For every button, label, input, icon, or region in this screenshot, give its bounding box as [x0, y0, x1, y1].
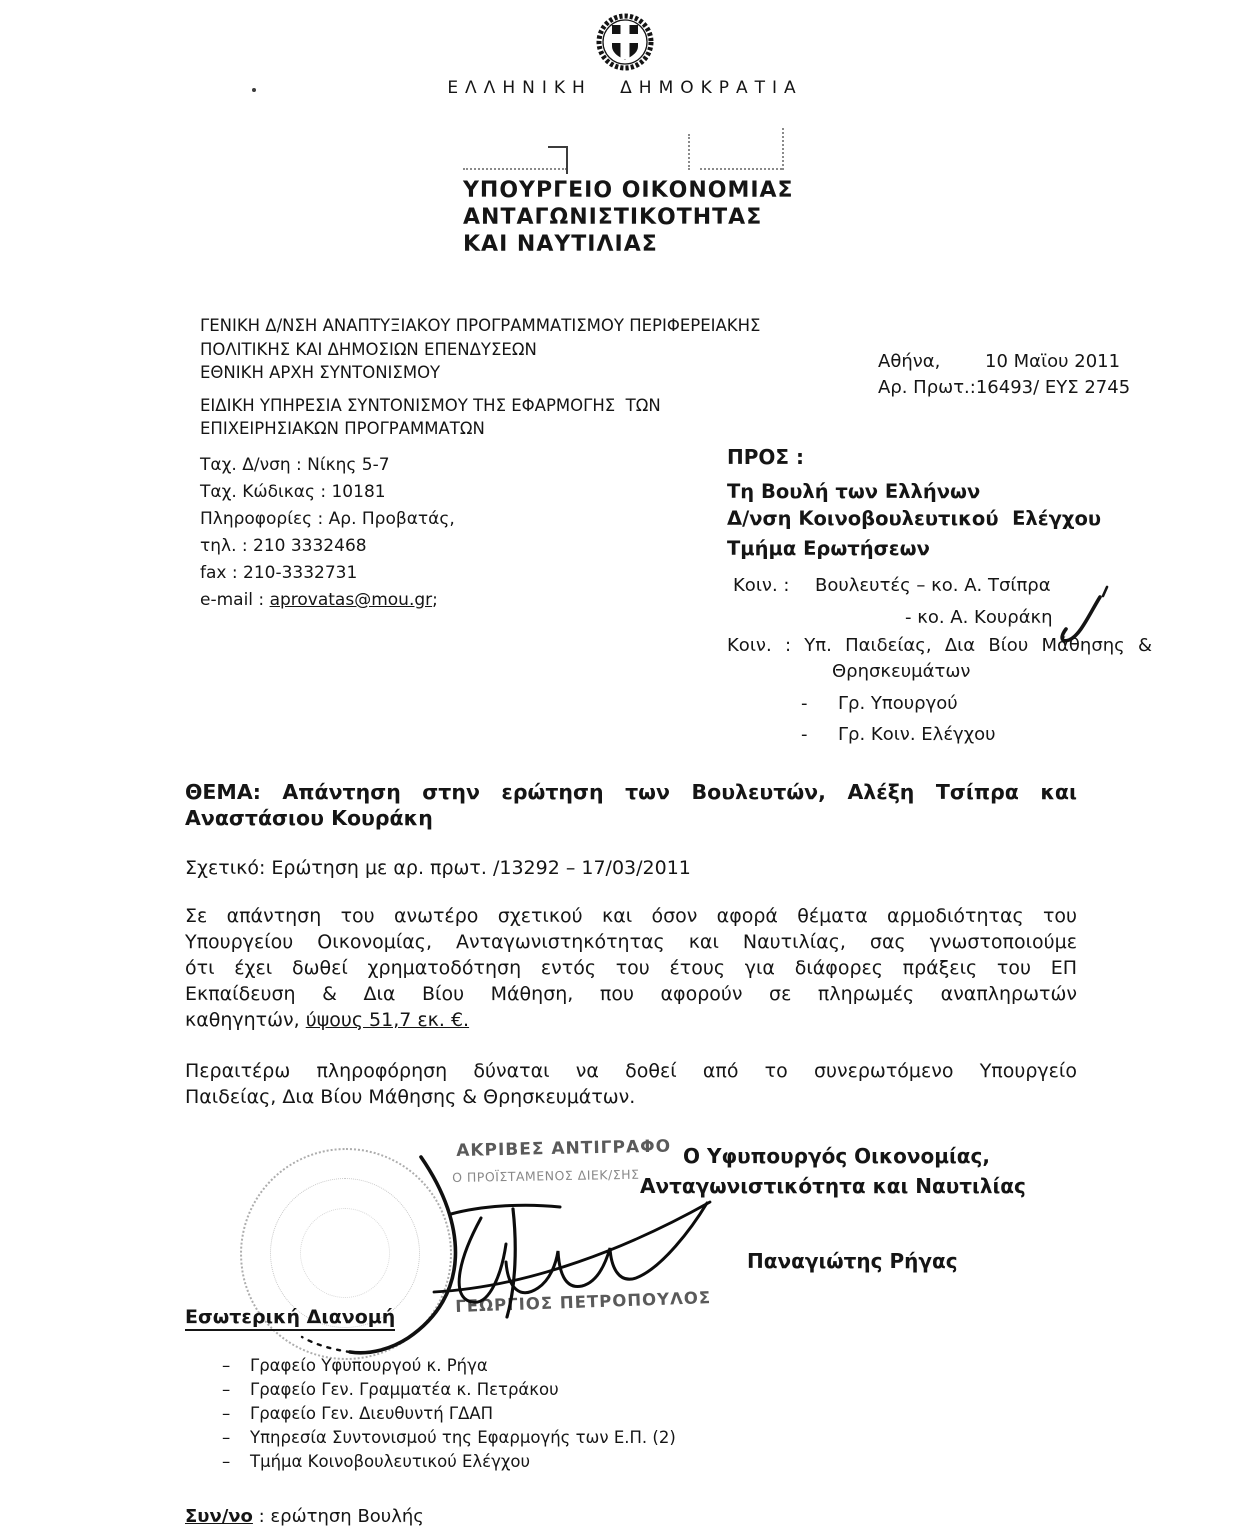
dateline-date: 10 Μαϊου 2011: [985, 351, 1120, 372]
body-p1-line4: Εκπαίδευση & Δια Βίου Μάθηση, που αφορού…: [185, 981, 1077, 1007]
signer-title-line2: Ανταγωνιστικότητα και Ναυτιλίας: [640, 1174, 1026, 1198]
recipient-line2: Δ/νση Κοινοβουλευτικού Ελέγχου: [727, 507, 1101, 530]
contact-fax: fax : 210-3332731: [200, 560, 455, 587]
subject-line1: ΘΕΜΑ: Απάντηση στην ερώτηση των Βουλευτώ…: [185, 779, 1077, 805]
cc1-line2: - κο. Α. Κουράκη: [905, 607, 1053, 628]
funding-amount-underlined: ύψους 51,7 εκ. €.: [306, 1009, 469, 1031]
distribution-item4-dash: –: [222, 1428, 230, 1447]
contact-information: Πληροφορίες : Αρ. Προβατάς,: [200, 506, 455, 533]
reference-line: Σχετικό: Ερώτηση με αρ. πρωτ. /13292 – 1…: [185, 855, 691, 881]
contact-block: Ταχ. Δ/νση : Νίκης 5-7 Ταχ. Κώδικας : 10…: [200, 452, 455, 614]
distribution-item3: Γραφείο Γεν. Διευθυντή ΓΔΑΠ: [250, 1404, 493, 1423]
cc1-label: Κοιν. :: [733, 575, 789, 596]
body-p2-line1: Περαιτέρω πληροφόρηση δύναται να δοθεί α…: [185, 1058, 1077, 1084]
cc1-line1: Βουλευτές – κο. Α. Τσίπρα: [815, 575, 1051, 596]
protocol-number: Αρ. Πρωτ.:16493/ ΕΥΣ 2745: [878, 377, 1130, 398]
body-p1-line1: Σε απάντηση του ανωτέρο σχετικού και όσο…: [185, 903, 1077, 929]
body-p1-line3: ότι έχει δωθεί χρηματοδότηση εντός του έ…: [185, 955, 1077, 981]
contact-postal-code: Ταχ. Κώδικας : 10181: [200, 479, 455, 506]
ministry-title-line3: ΚΑΙ ΝΑΥΤΙΛΙΑΣ: [463, 231, 794, 258]
subject-block: ΘΕΜΑ: Απάντηση στην ερώτηση των Βουλευτώ…: [185, 779, 1077, 831]
agency-line4: ΕΙΔΙΚΗ ΥΠΗΡΕΣΙΑ ΣΥΝΤΟΝΙΣΜΟΥ ΤΗΣ ΕΦΑΡΜΟΓΗ…: [200, 394, 760, 418]
cc2-item1-dash: -: [801, 693, 808, 714]
recipient-line3: Τμήμα Ερωτήσεων: [727, 537, 930, 560]
contact-email-label: e-mail :: [200, 590, 270, 610]
distribution-item1: Γραφείο Υφυπουργού κ. Ρήγα: [250, 1356, 488, 1375]
cc2-line2: Θρησκευμάτων: [832, 661, 970, 682]
head-of-directorate-stamp-text: Ο ΠΡΟΪΣΤΑΜΕΝΟΣ ΔΙΕΚ/ΣΗΣ: [452, 1167, 640, 1185]
ministry-title-line2: ΑΝΤΑΓΩΝΙΣΤΙΚΟΤΗΤΑΣ: [463, 204, 794, 231]
distribution-item5-dash: –: [222, 1452, 230, 1471]
distribution-item5: Τμήμα Κοινοβουλευτικού Ελέγχου: [250, 1452, 530, 1471]
distribution-item3-dash: –: [222, 1404, 230, 1423]
distribution-item2: Γραφείο Γεν. Γραμματέα κ. Πετράκου: [250, 1380, 559, 1399]
scan-smudge-right-a: [688, 134, 692, 170]
contact-address: Ταχ. Δ/νση : Νίκης 5-7: [200, 452, 455, 479]
scan-speck: [252, 88, 256, 92]
scan-smudge-right-b: [700, 150, 782, 170]
recipient-line1: Τη Βουλή των Ελλήνων: [727, 480, 980, 503]
to-label: ΠΡΟΣ :: [727, 445, 804, 469]
agency-line1: ΓΕΝΙΚΗ Δ/ΝΣΗ ΑΝΑΠΤΥΞΙΑΚΟΥ ΠΡΟΓΡΑΜΜΑΤΙΣΜΟ…: [200, 314, 760, 338]
scan-smudge-right-c: [782, 128, 786, 170]
attachment-text: : ερώτηση Βουλής: [253, 1506, 424, 1527]
internal-distribution-heading: Εσωτερική Διανομή: [185, 1306, 395, 1331]
certifier-name-stamp-text: ΓΕΩΡΓΙΟΣ ΠΕΤΡΟΠΟΥΛΟΣ: [455, 1288, 711, 1316]
handwritten-checkmark-icon: [1062, 587, 1107, 641]
body-p2-line2: Παιδείας, Δια Βίου Μάθησης & Θρησκευμάτω…: [185, 1084, 1077, 1110]
body-paragraph-2: Περαιτέρω πληροφόρηση δύναται να δοθεί α…: [185, 1058, 1077, 1110]
body-p1-line5: καθηγητών, ύψους 51,7 εκ. €.: [185, 1007, 1077, 1033]
ministry-title: ΥΠΟΥΡΓΕΙΟ ΟΙΚΟΝΟΜΙΑΣ ΑΝΤΑΓΩΝΙΣΤΙΚΟΤΗΤΑΣ …: [463, 177, 794, 258]
greek-national-emblem-icon: [586, 10, 664, 78]
cc2-item2: Γρ. Κοιν. Ελέγχου: [838, 724, 996, 745]
contact-phone: τηλ. : 210 3332468: [200, 533, 455, 560]
signer-title-line1: Ο Υφυπουργός Οικονομίας,: [683, 1144, 990, 1168]
agency-line5: ΕΠΙΧΕΙΡΗΣΙΑΚΩΝ ΠΡΟΓΡΑΜΜΑΤΩΝ: [200, 417, 760, 441]
dateline-city: Αθήνα,: [878, 351, 940, 372]
distribution-item4: Υπηρεσία Συντονισμού της Εφαρμογής των Ε…: [250, 1428, 676, 1447]
contact-email-line: e-mail : aprovatas@mou.gr;: [200, 587, 455, 614]
scan-smudge-bracket: [548, 146, 568, 174]
cc2-line1: Κοιν. : Υπ. Παιδείας, Δια Βίου Μάθησης &: [727, 635, 1152, 656]
round-stamp-core: [300, 1208, 390, 1298]
cc2-item2-dash: -: [801, 724, 808, 745]
attachment-line: Συν/νο : ερώτηση Βουλής: [185, 1506, 424, 1527]
subject-line2: Αναστάσιου Κουράκη: [185, 805, 1077, 831]
body-p1-line5-plain: καθηγητών,: [185, 1009, 306, 1031]
body-p1-line2: Υπουργείου Οικονομίας, Ανταγωνιστηκότητα…: [185, 929, 1077, 955]
ministry-title-line1: ΥΠΟΥΡΓΕΙΟ ΟΙΚΟΝΟΜΙΑΣ: [463, 177, 794, 204]
distribution-item2-dash: –: [222, 1380, 230, 1399]
scanned-letter-page: ΕΛΛΗΝΙΚΗ ΔΗΜΟΚΡΑΤΙΑ ΥΠΟΥΡΓΕΙΟ ΟΙΚΟΝΟΜΙΑΣ…: [0, 0, 1253, 1540]
republic-title: ΕΛΛΗΝΙΚΗ ΔΗΜΟΚΡΑΤΙΑ: [340, 78, 910, 98]
body-paragraph-1: Σε απάντηση του ανωτέρο σχετικού και όσο…: [185, 903, 1077, 1033]
agency-line3: ΕΘΝΙΚΗ ΑΡΧΗ ΣΥΝΤΟΝΙΣΜΟΥ: [200, 361, 760, 385]
contact-email-suffix: ;: [432, 590, 438, 610]
distribution-item1-dash: –: [222, 1356, 230, 1375]
agency-block: ΓΕΝΙΚΗ Δ/ΝΣΗ ΑΝΑΠΤΥΞΙΑΚΟΥ ΠΡΟΓΡΑΜΜΑΤΙΣΜΟ…: [200, 314, 760, 441]
contact-email-address: aprovatas@mou.gr: [270, 590, 433, 610]
cc2-item1: Γρ. Υπουργού: [838, 693, 958, 714]
certified-copy-stamp-text: ΑΚΡΙΒΕΣ ΑΝΤΙΓΡΑΦΟ: [456, 1137, 671, 1161]
attachment-label: Συν/νο: [185, 1506, 253, 1527]
signer-name: Παναγιώτης Ρήγας: [747, 1249, 958, 1273]
agency-line2: ΠΟΛΙΤΙΚΗΣ ΚΑΙ ΔΗΜΟΣΙΩΝ ΕΠΕΝΔΥΣΕΩΝ: [200, 338, 760, 362]
